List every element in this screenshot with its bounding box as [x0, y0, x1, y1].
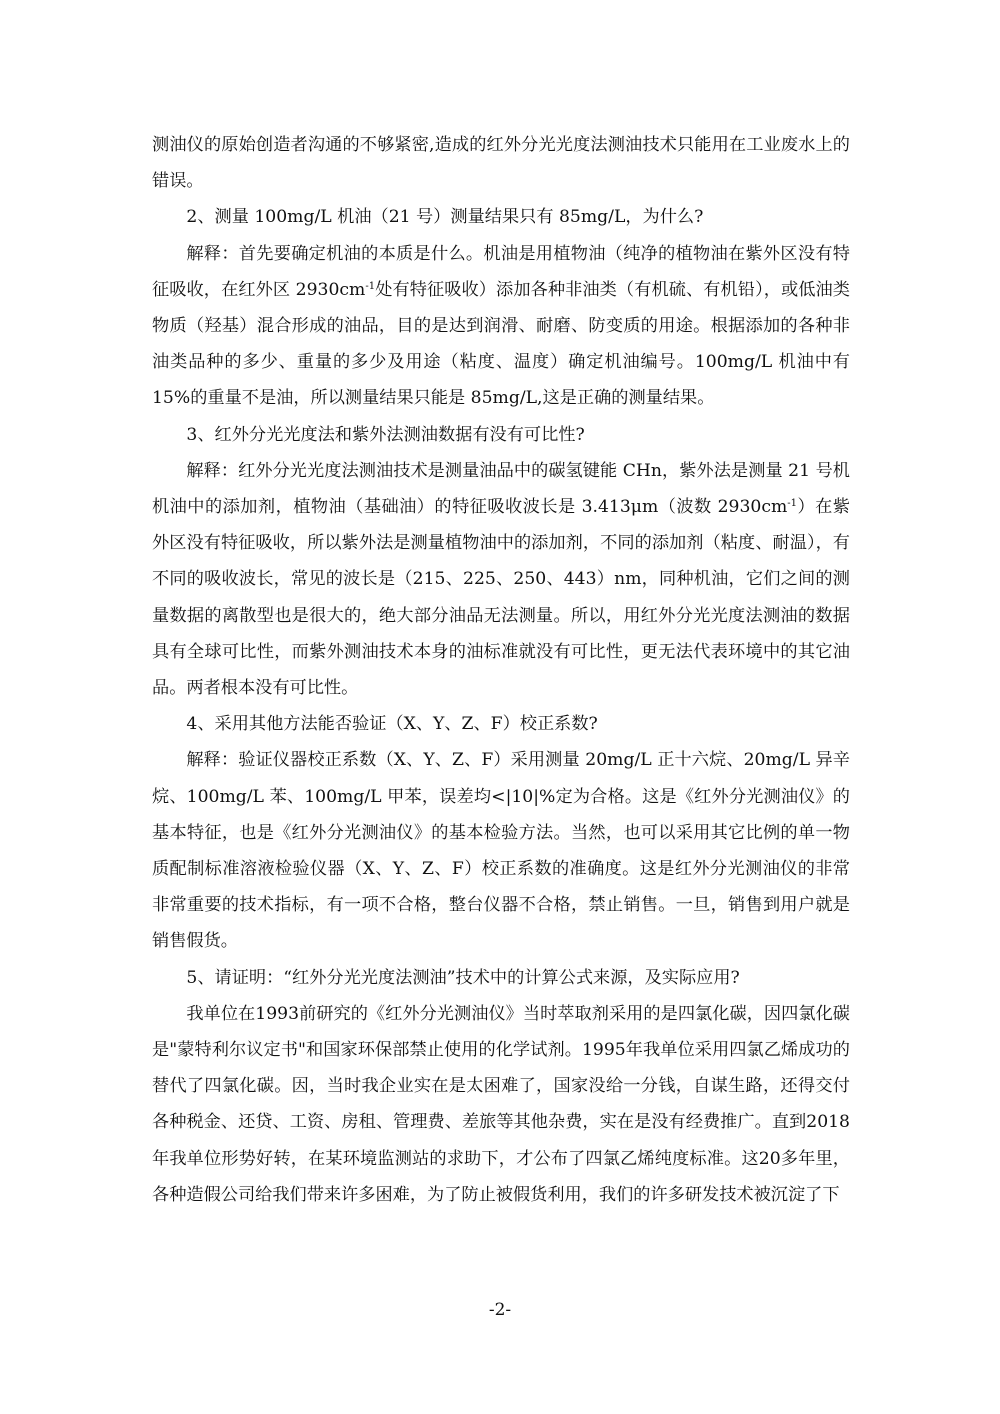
question-3: 3、红外分光光度法和紫外法测油数据有没有可比性?	[152, 417, 850, 453]
paragraph-continued: 测油仪的原始创造者沟通的不够紧密,造成的红外分光光度法测油技术只能用在工业废水上…	[152, 127, 850, 199]
answer-2: 解释：首先要确定机油的本质是什么。机油是用植物油（纯净的植物油在紫外区没有特征吸…	[152, 236, 850, 417]
superscript: -1	[365, 281, 375, 292]
answer-3: 解释：红外分光光度法测油技术是测量油品中的碳氢键能 CHn，紫外法是测量 21 …	[152, 453, 850, 706]
answer-4: 解释：验证仪器校正系数（X、Y、Z、F）采用测量 20mg/L 正十六烷、20m…	[152, 742, 850, 959]
question-2: 2、测量 100mg/L 机油（21 号）测量结果只有 85mg/L，为什么?	[152, 199, 850, 235]
body-paragraph: 我单位在1993前研究的《红外分光测油仪》当时萃取剂采用的是四氯化碳，因四氯化碳…	[152, 996, 850, 1213]
question-5: 5、请证明：“红外分光光度法测油”技术中的计算公式来源，及实际应用?	[152, 960, 850, 996]
page-number: -2-	[0, 1300, 1000, 1320]
superscript: -1	[787, 498, 797, 509]
document-page: 测油仪的原始创造者沟通的不够紧密,造成的红外分光光度法测油技术只能用在工业废水上…	[152, 127, 850, 1213]
question-4: 4、采用其他方法能否验证（X、Y、Z、F）校正系数?	[152, 706, 850, 742]
answer-3-text-b: ）在紫外区没有特征吸收，所以紫外法是测量植物油中的添加剂，不同的添加剂（粘度、耐…	[152, 497, 850, 698]
answer-3-text-a: 解释：红外分光光度法测油技术是测量油品中的碳氢键能 CHn，紫外法是测量 21 …	[152, 461, 850, 517]
